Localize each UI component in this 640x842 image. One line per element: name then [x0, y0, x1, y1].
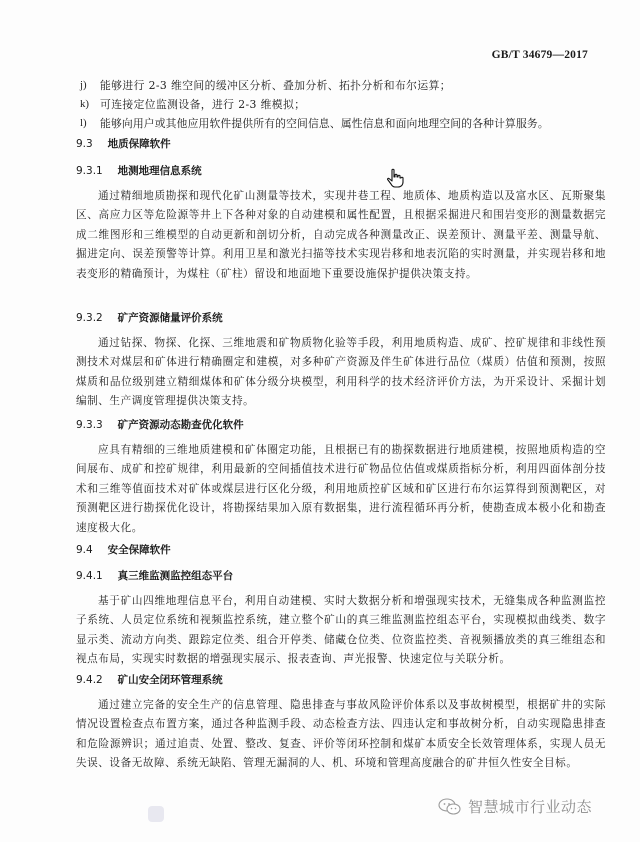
- section-number: 9.3.3: [76, 419, 114, 431]
- section-number: 9.3.2: [76, 312, 114, 324]
- scan-artifact: [148, 806, 164, 822]
- standard-code: GB/T 34679—2017: [492, 49, 588, 61]
- section-heading-9-3-2: 9.3.2 矿产资源储量评价系统: [76, 310, 223, 325]
- list-item-text: 能够进行 2-3 维空间的缓冲区分析、叠加分析、拓扑分析和布尔运算；: [100, 76, 451, 95]
- section-title: 地质保障软件: [108, 138, 171, 150]
- section-title: 矿山安全闭环管理系统: [118, 674, 223, 686]
- section-heading-9-4: 9.4 安全保障软件: [76, 542, 171, 557]
- list-item-text: 可连接定位监测设备，进行 2-3 维模拟；: [100, 95, 305, 114]
- list-marker: l): [80, 114, 100, 133]
- section-heading-9-3-3: 9.3.3 矿产资源动态勘查优化软件: [76, 417, 244, 432]
- section-title: 矿产资源储量评价系统: [118, 312, 223, 324]
- section-number: 9.3: [76, 138, 104, 150]
- section-number: 9.4.1: [76, 570, 114, 582]
- document-page: GB/T 34679—2017 j) 能够进行 2-3 维空间的缓冲区分析、叠加…: [0, 0, 640, 842]
- section-heading-9-4-2: 9.4.2 矿山安全闭环管理系统: [76, 672, 223, 687]
- hand-pointer-icon: [386, 168, 404, 188]
- section-number: 9.4: [76, 544, 104, 556]
- section-heading-9-3: 9.3 地质保障软件: [76, 136, 171, 151]
- wechat-icon: [438, 798, 462, 816]
- section-body-9-3-3: 应具有精细的三维地质建模和矿体圈定功能，且根据已有的勘探数据进行地质建模，按照地…: [76, 441, 606, 538]
- section-body-9-3-1: 通过精细地质勘探和现代化矿山测量等技术，实现井巷工程、地质体、地质构造以及富水区…: [76, 187, 606, 284]
- section-title: 矿产资源动态勘查优化软件: [118, 419, 244, 431]
- watermark-text: 智慧城市行业动态: [468, 796, 592, 817]
- list-item: l) 能够向用户或其他应用软件提供所有的空间信息、属性信息和面向地理空间的各种计…: [80, 114, 600, 133]
- section-body-9-4-2: 通过建立完备的安全生产的信息管理、隐患排查与事故风险评价体系以及事故树模型，根据…: [76, 696, 606, 774]
- section-body-9-4-1: 基于矿山四维地理信息平台，利用自动建模、实时大数据分析和增强现实技术，无缝集成各…: [76, 592, 606, 670]
- section-number: 9.4.2: [76, 674, 114, 686]
- section-title: 安全保障软件: [108, 544, 171, 556]
- list-item: j) 能够进行 2-3 维空间的缓冲区分析、叠加分析、拓扑分析和布尔运算；: [80, 76, 600, 95]
- list-item: k) 可连接定位监测设备，进行 2-3 维模拟；: [80, 95, 600, 114]
- section-heading-9-3-1: 9.3.1 地测地理信息系统: [76, 163, 202, 178]
- section-title: 地测地理信息系统: [118, 165, 202, 177]
- watermark: 智慧城市行业动态: [438, 796, 592, 817]
- list-marker: k): [80, 95, 100, 114]
- section-number: 9.3.1: [76, 165, 114, 177]
- list-item-text: 能够向用户或其他应用软件提供所有的空间信息、属性信息和面向地理空间的各种计算服务…: [100, 114, 549, 133]
- section-heading-9-4-1: 9.4.1 真三维监测监控组态平台: [76, 568, 233, 583]
- section-title: 真三维监测监控组态平台: [118, 570, 234, 582]
- list-marker: j): [80, 76, 100, 95]
- capability-list: j) 能够进行 2-3 维空间的缓冲区分析、叠加分析、拓扑分析和布尔运算； k)…: [80, 76, 600, 133]
- section-body-9-3-2: 通过钻探、物探、化探、三维地震和矿物质物化验等手段，利用地质构造、成矿、控矿规律…: [76, 334, 606, 412]
